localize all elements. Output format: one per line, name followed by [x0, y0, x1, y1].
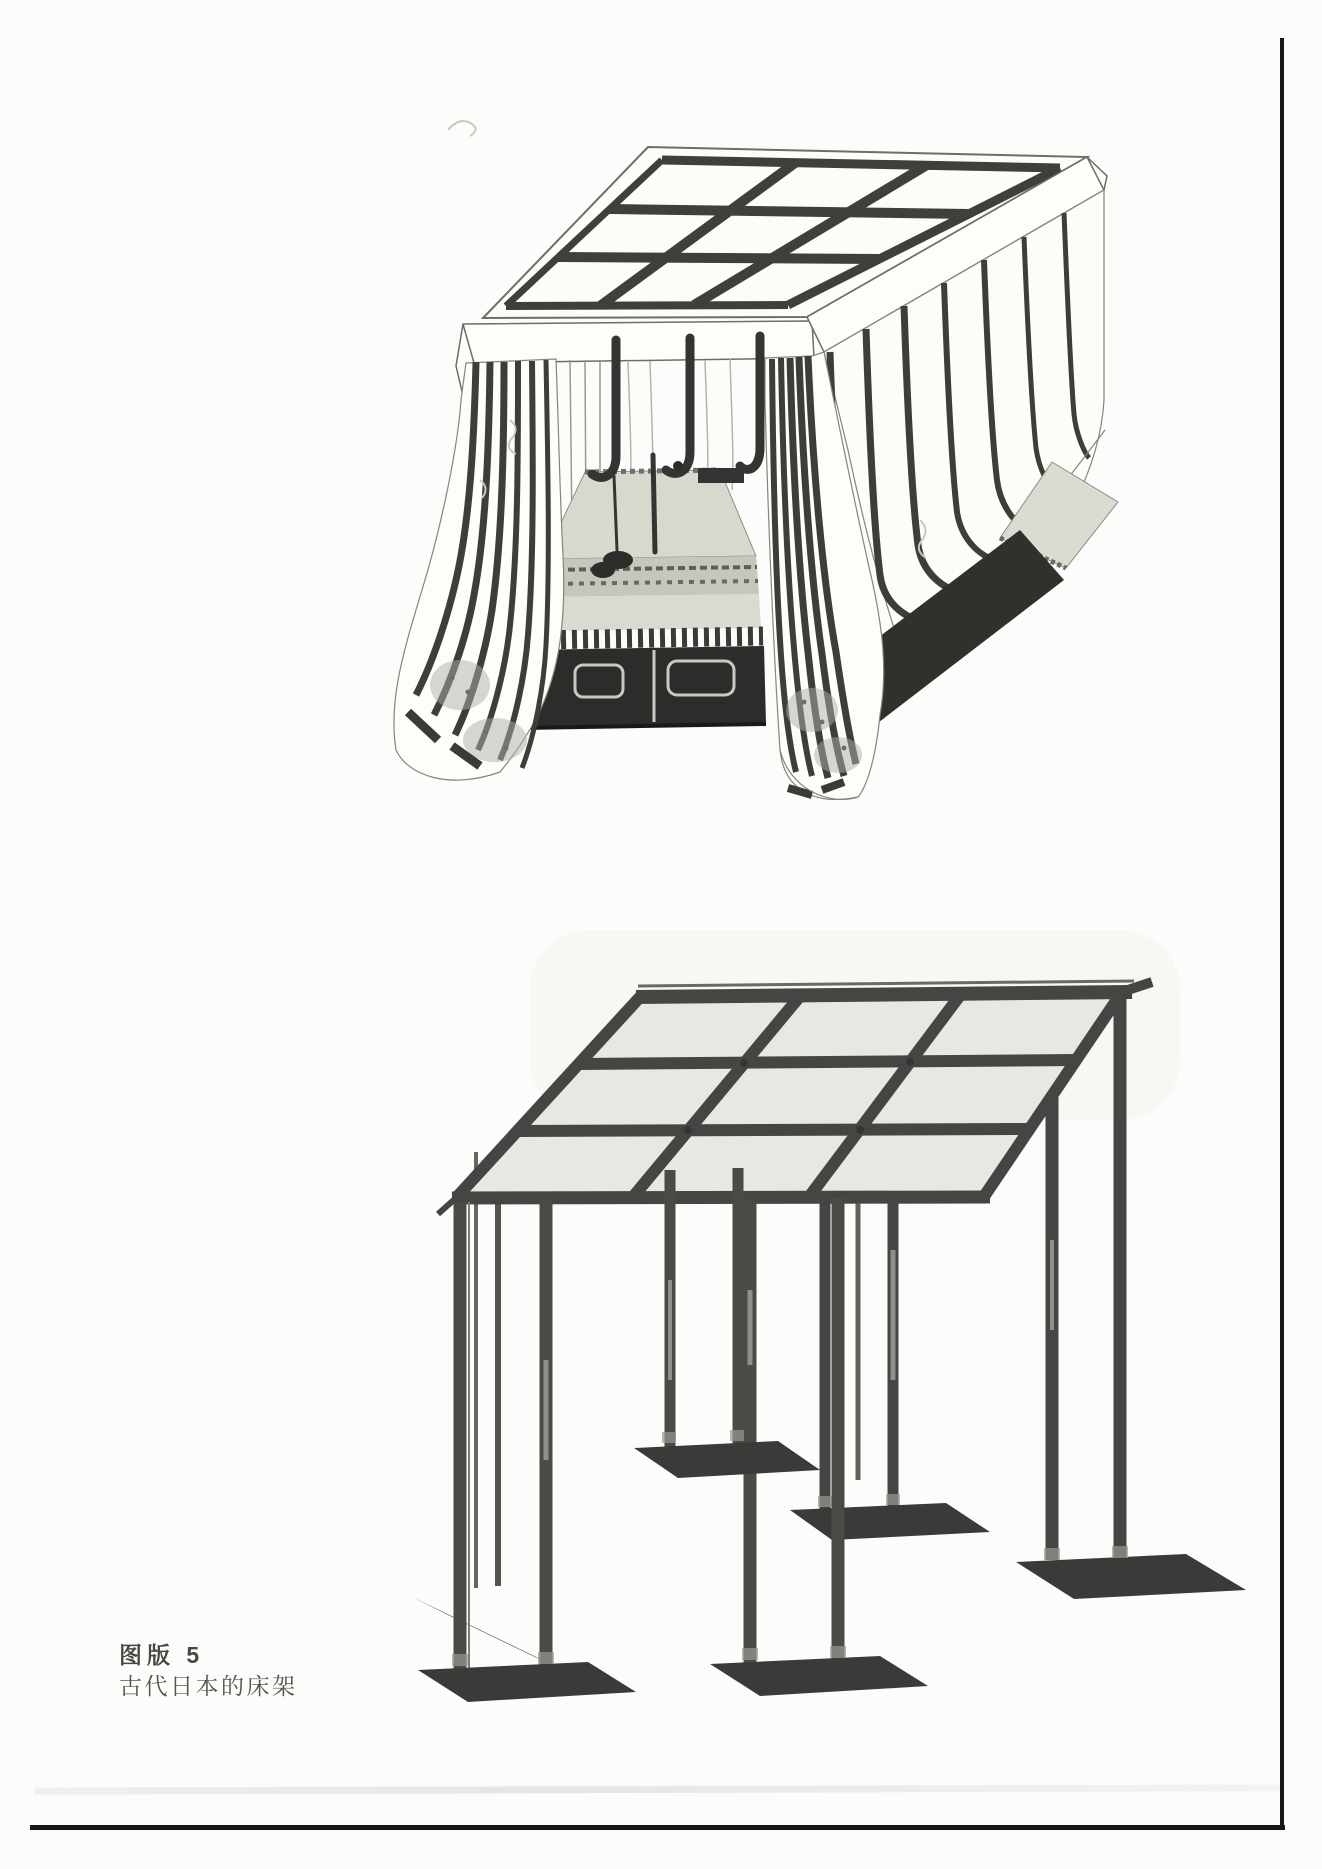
- left-curtain: [394, 359, 564, 780]
- canopy-bed-figure: [360, 100, 1120, 800]
- scanned-book-page: 图版 5 古代日本的床架: [0, 0, 1322, 1869]
- canopy-bed-illustration: [360, 100, 1120, 800]
- frame-front-legs: [418, 1168, 928, 1702]
- page-edge-line-right: [1280, 38, 1284, 1829]
- plate-number-label: 图版 5: [119, 1640, 298, 1671]
- figure-caption: 图版 5 古代日本的床架: [119, 1640, 298, 1702]
- plate-title-label: 古代日本的床架: [119, 1671, 298, 1702]
- bed-frame-illustration: [380, 820, 1280, 1730]
- page-edge-line-bottom: [30, 1825, 1285, 1830]
- bed-frame-figure: [380, 820, 1280, 1730]
- scan-streak: [35, 1784, 1280, 1794]
